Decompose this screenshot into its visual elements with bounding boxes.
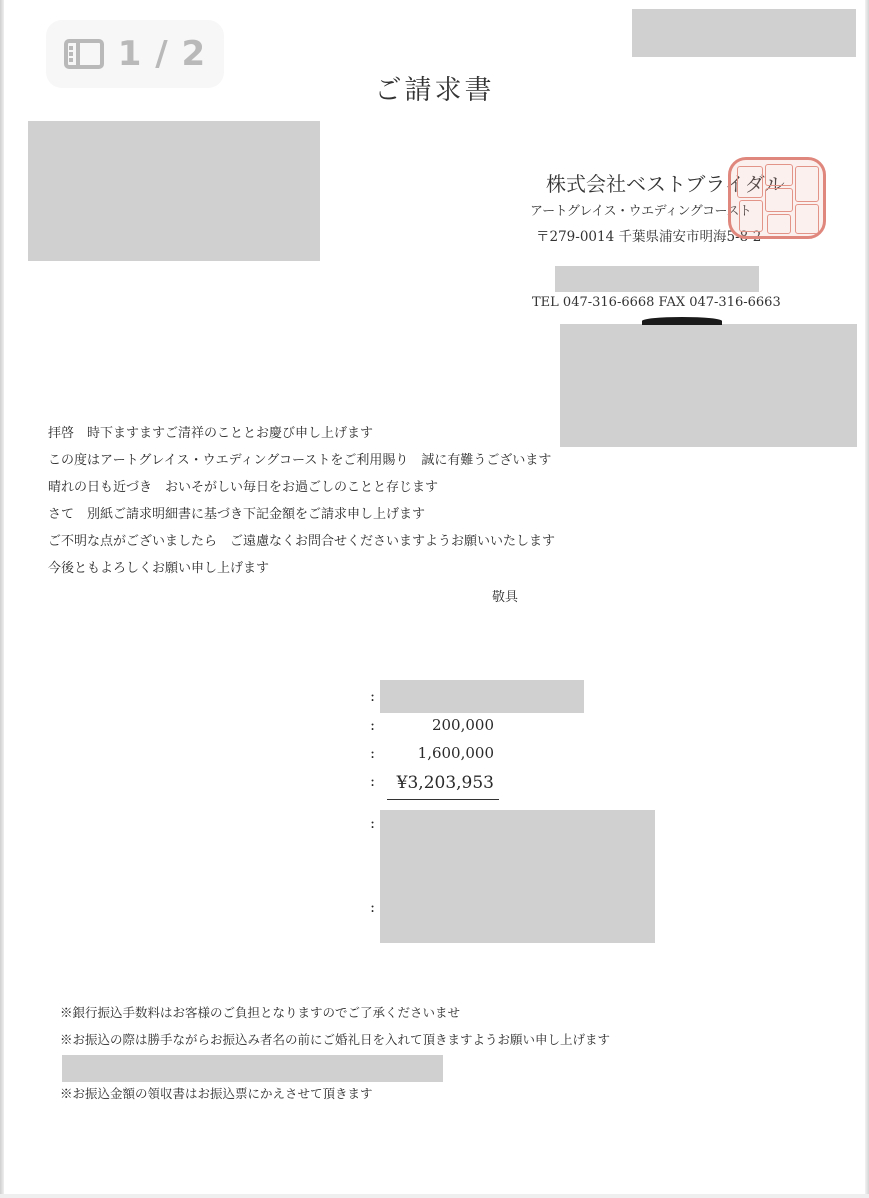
redacted-recipient — [28, 121, 320, 261]
deadline-colon: : — [370, 898, 375, 916]
letter-closing: 敬具 — [492, 586, 518, 605]
document-title: ご請求書 — [0, 68, 869, 107]
note-item: ※銀行振込手数料はお客様のご負担となりますのでご了承くださいませ — [60, 1003, 460, 1021]
sidebar-panel-icon — [64, 39, 104, 69]
company-seal-icon — [728, 157, 826, 239]
letter-line: この度はアートグレイス・ウエディングコーストをご利用賜り 誠に有難うございます — [48, 452, 555, 479]
letter-body: 拝啓 時下ますますご清祥のこととお慶び申し上げます この度はアートグレイス・ウエ… — [48, 425, 555, 587]
note-item: ※お振込の際は勝手ながらお振込み者名の前にご婚礼日を入れて頂きますようお願い申し… — [60, 1030, 610, 1048]
wedding-date-colon: : — [370, 687, 375, 705]
letter-line: 今後ともよろしくお願い申し上げます — [48, 560, 555, 587]
amount-due-value: ¥3,203,953 — [354, 773, 494, 793]
bank-colon: : — [370, 814, 375, 832]
redacted-note-line — [62, 1055, 443, 1082]
letter-line: さて 別紙ご請求明細書に基づき下記金額をご請求申し上げます — [48, 506, 555, 533]
letter-line: 拝啓 時下ますますご清祥のこととお慶び申し上げます — [48, 425, 555, 452]
company-contact: TEL 047-316-6668 FAX 047-316-6663 — [532, 295, 781, 310]
letter-line: ご不明な点がございましたら ご遠慮なくお問合せくださいますようお願いいたします — [48, 533, 555, 560]
company-division: アートグレイス・ウエディングコースト — [530, 200, 751, 219]
page-edge-left — [0, 0, 4, 1198]
redacted-bank-info — [380, 810, 655, 943]
page-edge-bottom — [0, 1194, 869, 1198]
redacted-top-right — [632, 9, 856, 57]
amount-due-underline — [387, 799, 499, 800]
scan-smudge — [642, 317, 722, 325]
redacted-company-line — [555, 266, 759, 292]
application-fee-value: 200,000 — [354, 716, 494, 734]
page-edge-right — [865, 0, 869, 1198]
note-item: ※お振込金額の領収書はお振込票にかえさせて頂きます — [60, 1084, 373, 1102]
redacted-wedding-date — [380, 680, 584, 713]
letter-line: 晴れの日も近づき おいそがしい毎日をお過ごしのことと存じます — [48, 479, 555, 506]
deposit-value: 1,600,000 — [354, 744, 494, 762]
company-address: 〒279-0014 千葉県浦安市明海5-8-2 — [536, 225, 761, 245]
redacted-stamp-area — [560, 324, 857, 447]
